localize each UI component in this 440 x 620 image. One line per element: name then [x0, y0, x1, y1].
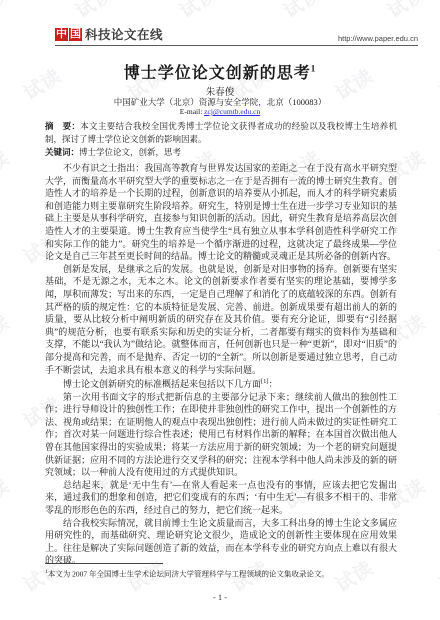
body-paragraph: 总结起来，就是‘无中生有’—在常人看起来一点也没有的事情，应该去把它发掘出来，通… [45, 479, 397, 517]
page-header: 中 国 科技论文在线 http://www.paper.edu.cn [55, 28, 418, 46]
watermark-stamp: 试读 [434, 225, 440, 269]
body-paragraph: 创新是发展，是继承之后的发展。也就是说，创新是对旧事物的扬弃。创新要有坚实基础，… [45, 263, 397, 376]
keywords-text: 博士学位论文，创新，思考 [79, 147, 181, 157]
keywords: 关键词：博士学位论文，创新，思考 [45, 146, 397, 158]
email-row: E-mail: zcj@cumtb.edu.cn [0, 107, 440, 116]
watermark-stamp: 试读 [0, 0, 14, 24]
body-paragraph: 结合我校实际情况，就目前博士生论文质量而言，大多工科出身的博士生论文多属应用研究… [45, 517, 397, 567]
watermark-stamp: 试读 [0, 307, 14, 351]
abstract: 摘 要：本文主要结合我校全国优秀博士学位论文获得者成功的经验以及我校博士生培养机… [45, 120, 397, 145]
title-row: 博士学位论文创新的思考1 [0, 60, 440, 83]
paper-page: 试读试读试读试读试读试读试读试读试读试读试读试读试读试读试读试读试读试读试读试读… [0, 0, 440, 620]
abstract-label: 摘 要： [45, 121, 80, 131]
watermark-stamp: 试读 [434, 553, 440, 597]
logo-box-icon: 国 [69, 28, 82, 41]
title-footnote-marker: 1 [311, 64, 317, 74]
page-title: 博士学位论文创新的思考1 [124, 65, 317, 82]
abstract-text: 本文主要结合我校全国优秀博士学位论文获得者成功的经验以及我校博士生培养机制，探讨… [45, 121, 397, 144]
body-paragraph: 博士论文创新研究的标准概括起来包括以下几方面[1]： [45, 376, 397, 391]
page-number: - 1 - [0, 592, 440, 602]
email-label: E-mail: [180, 107, 204, 116]
watermark-stamp: 试读 [0, 471, 14, 515]
watermark-stamp: 试读 [434, 389, 440, 433]
watermark-stamp: 试读 [278, 0, 326, 24]
watermark-stamp: 试读 [0, 143, 14, 187]
logo-box-icon: 中 [55, 28, 68, 41]
watermark-stamp: 试读 [70, 0, 118, 24]
keywords-label: 关键词： [45, 147, 79, 157]
email-link[interactable]: zcj@cumtb.edu.cn [204, 107, 260, 116]
citation-ref: [1] [261, 378, 269, 385]
footnote-text: 本文为 2007 年全国博士生学术论坛同济大学管理科学与工程领域的论文集收录论文… [48, 570, 329, 579]
watermark-stamp: 试读 [174, 0, 222, 24]
body-paragraph-text: ： [269, 379, 278, 389]
site-url: http://www.paper.edu.cn [338, 34, 418, 43]
page-title-text: 博士学位论文创新的思考 [124, 65, 311, 82]
body-paragraph-text: 博士论文创新研究的标准概括起来包括以下几方面 [63, 379, 261, 389]
body-text: 不少有识之士指出：我国高等教育与世界发达国家的差距之一在于没有高水平研究型大学，… [45, 162, 397, 567]
footnote: 1本文为 2007 年全国博士生学术论坛同济大学管理科学与工程领域的论文集收录论… [45, 567, 397, 580]
footnote-separator [45, 563, 163, 564]
body-paragraph: 不少有识之士指出：我国高等教育与世界发达国家的差距之一在于没有高水平研究型大学，… [45, 162, 397, 263]
logo-wordmark: 科技论文在线 [85, 25, 163, 43]
body-paragraph: 第一次用书面文字的形式把新信息的主要部分记录下来；继续前人做出的独创性工作；进行… [45, 391, 397, 479]
site-logo: 中 国 科技论文在线 [55, 25, 163, 43]
watermark-stamp: 试读 [382, 0, 430, 24]
